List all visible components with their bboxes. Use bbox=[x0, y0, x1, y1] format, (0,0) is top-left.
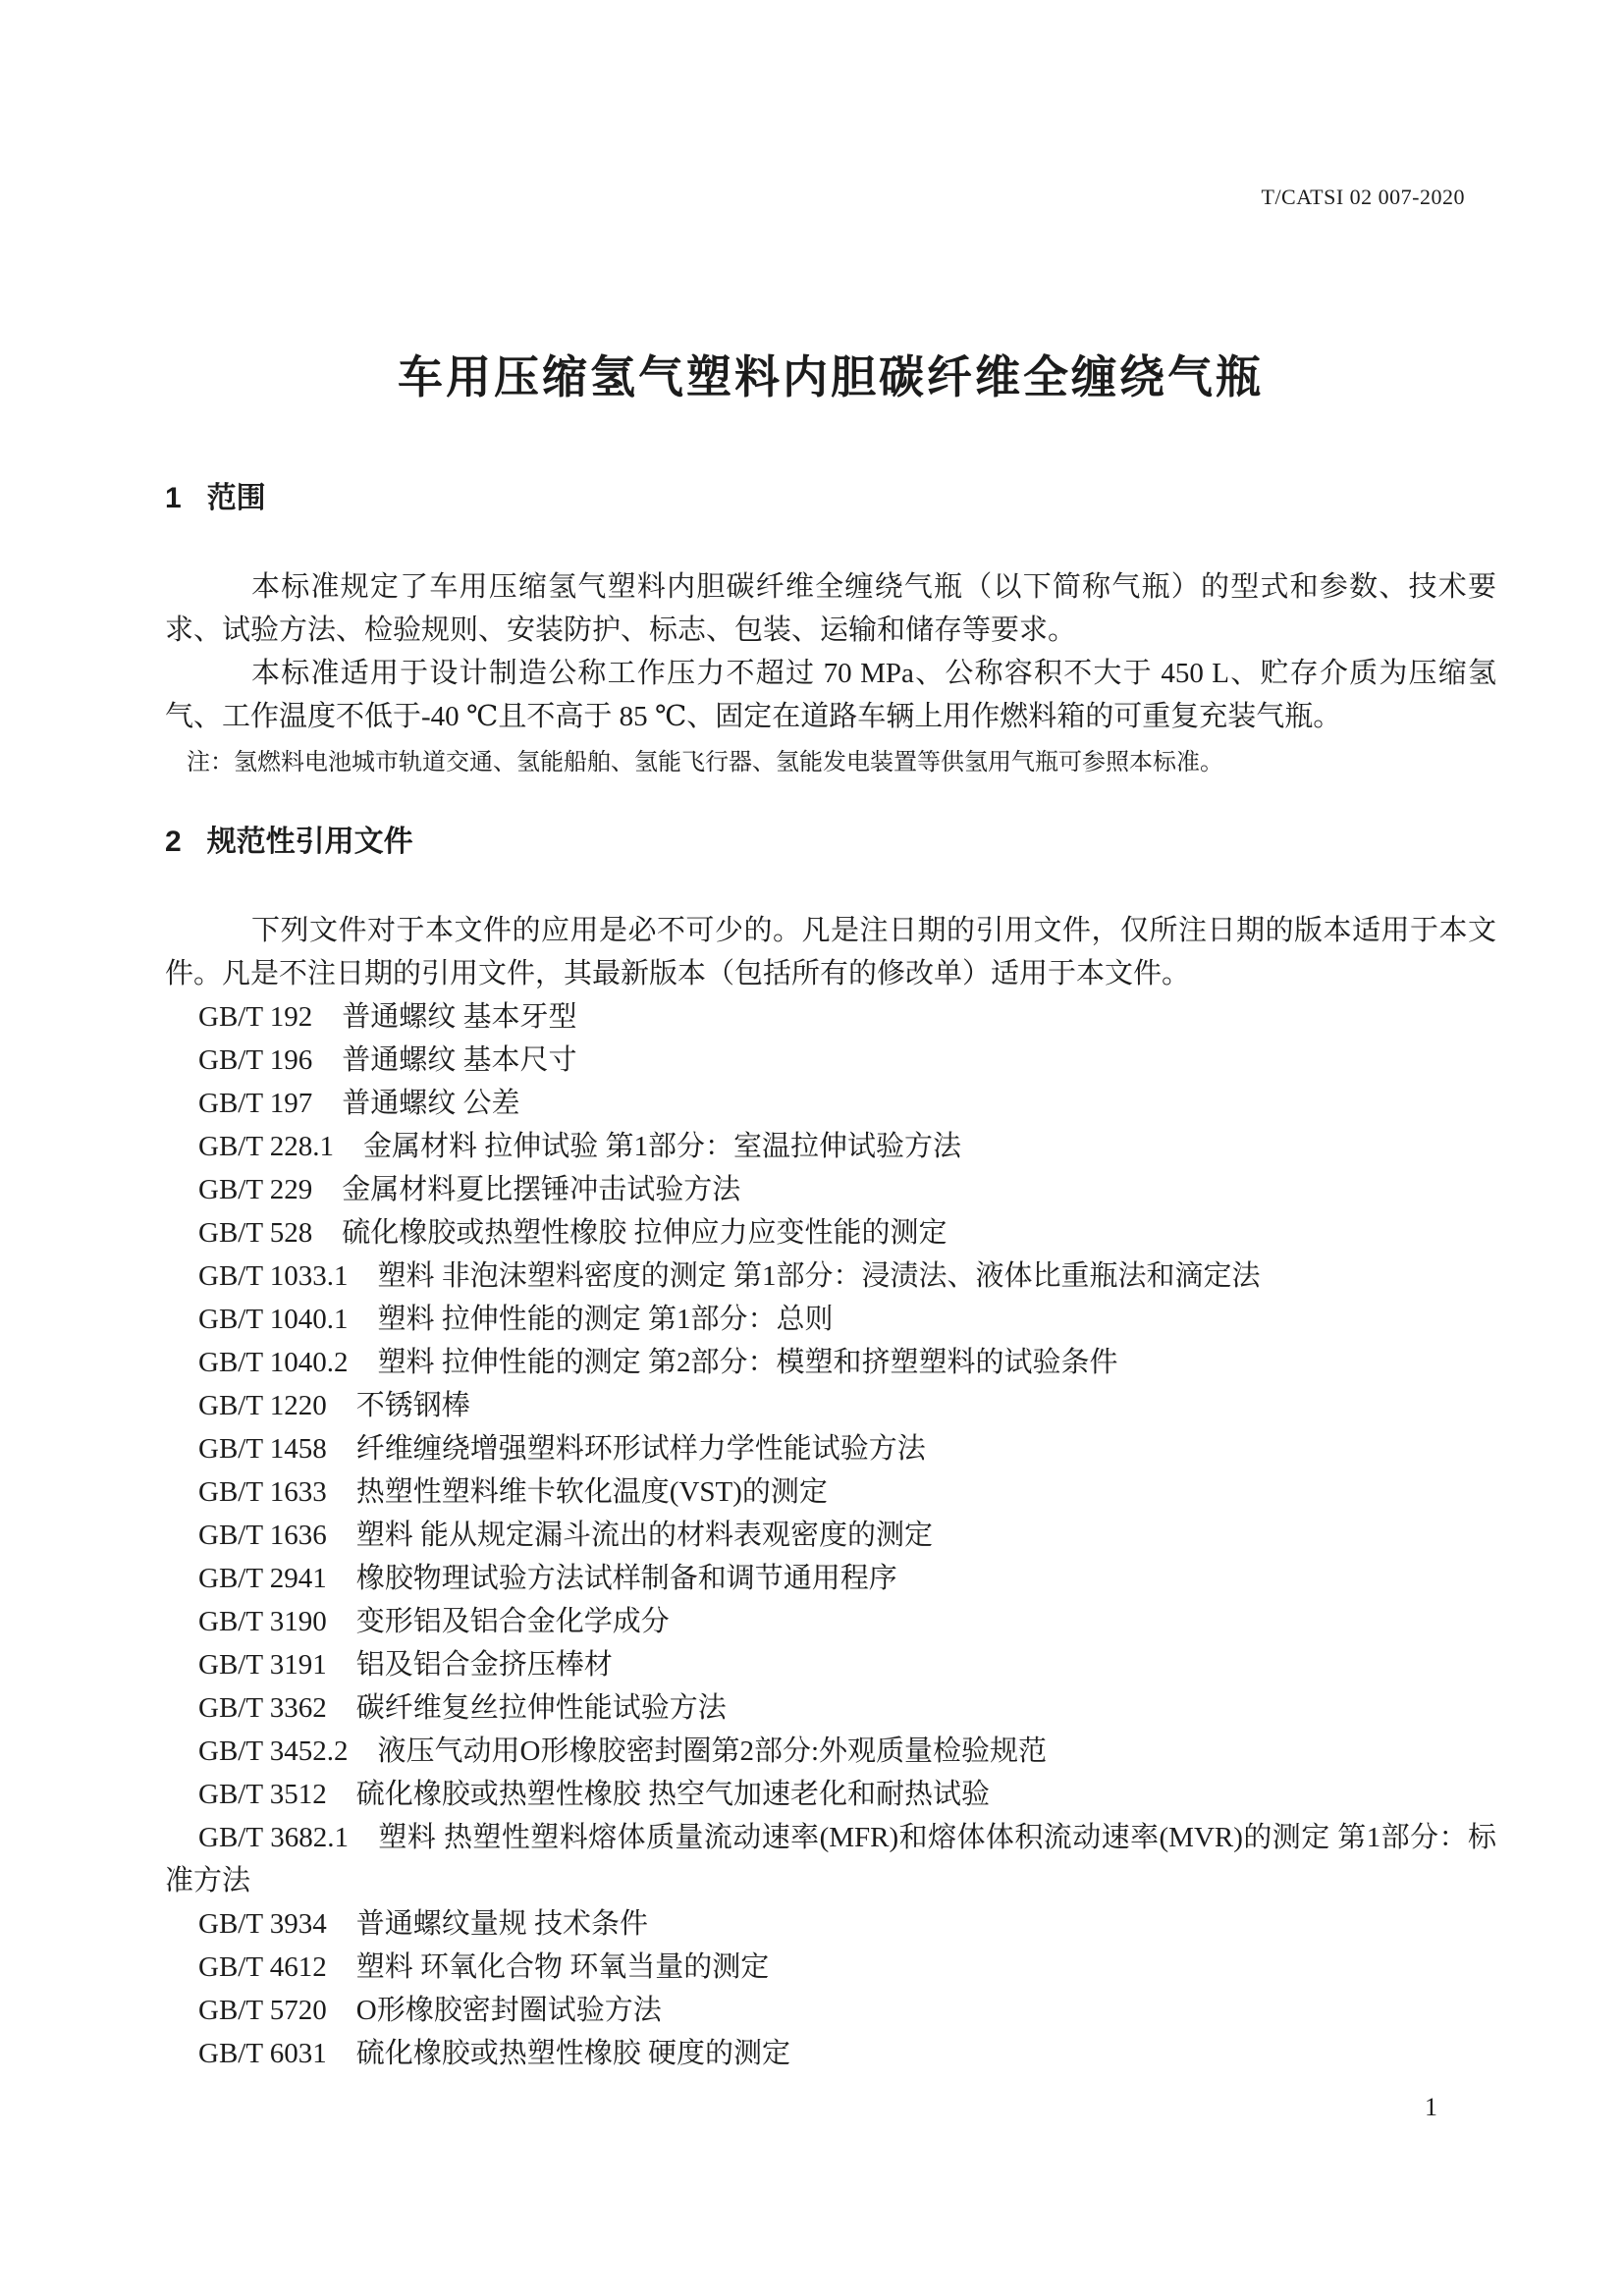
section-scope-title: 范围 bbox=[207, 482, 266, 514]
reference-list-item: GB/T 4612塑料 环氧化合物 环氧当量的测定 bbox=[165, 1946, 1496, 1989]
reference-title: 不锈钢棒 bbox=[356, 1390, 470, 1421]
reference-code: GB/T 4612 bbox=[198, 1951, 327, 1983]
section-references-title: 规范性引用文件 bbox=[207, 826, 413, 858]
reference-code: GB/T 5720 bbox=[198, 1995, 327, 2026]
reference-code: GB/T 6031 bbox=[198, 2038, 327, 2069]
reference-list-item: GB/T 2941橡胶物理试验方法试样制备和调节通用程序 bbox=[165, 1557, 1496, 1600]
reference-list-item: GB/T 1040.2塑料 拉伸性能的测定 第2部分：模塑和挤塑塑料的试验条件 bbox=[165, 1341, 1496, 1384]
reference-code: GB/T 3191 bbox=[198, 1649, 327, 1681]
reference-title: 普通螺纹 基本尺寸 bbox=[342, 1044, 576, 1076]
reference-code: GB/T 196 bbox=[198, 1044, 312, 1076]
reference-code: GB/T 3682.1 bbox=[198, 1822, 349, 1853]
reference-list-item: GB/T 3682.1塑料 热塑性塑料熔体质量流动速率(MFR)和熔体体积流动速… bbox=[165, 1816, 1496, 1902]
reference-title: 变形铝及铝合金化学成分 bbox=[356, 1606, 670, 1637]
reference-code: GB/T 3190 bbox=[198, 1606, 327, 1637]
reference-title: 硫化橡胶或热塑性橡胶 硬度的测定 bbox=[356, 2038, 790, 2069]
section-references-heading: 2规范性引用文件 bbox=[165, 825, 1496, 860]
reference-list-item: GB/T 5720O形橡胶密封圈试验方法 bbox=[165, 1989, 1496, 2032]
scope-paragraph-1: 本标准规定了车用压缩氢气塑料内胆碳纤维全缠绕气瓶（以下简称气瓶）的型式和参数、技… bbox=[165, 565, 1496, 652]
reference-title: 塑料 拉伸性能的测定 第1部分：总则 bbox=[378, 1304, 834, 1335]
reference-title: 塑料 拉伸性能的测定 第2部分：模塑和挤塑塑料的试验条件 bbox=[378, 1347, 1118, 1378]
reference-list-item: GB/T 1636塑料 能从规定漏斗流出的材料表观密度的测定 bbox=[165, 1514, 1496, 1557]
section-references-number: 2 bbox=[165, 825, 182, 860]
reference-title: 普通螺纹 基本牙型 bbox=[342, 1001, 576, 1033]
reference-title: 金属材料夏比摆锤冲击试验方法 bbox=[342, 1174, 740, 1205]
normative-references-list: GB/T 192普通螺纹 基本牙型 GB/T 196普通螺纹 基本尺寸 GB/T… bbox=[165, 995, 1496, 2075]
document-page: T/CATSI 02 007-2020 车用压缩氢气塑料内胆碳纤维全缠绕气瓶 1… bbox=[0, 0, 1624, 2296]
section-scope-heading: 1范围 bbox=[165, 481, 1496, 516]
reference-code: GB/T 1458 bbox=[198, 1433, 327, 1465]
standard-code-header: T/CATSI 02 007-2020 bbox=[165, 183, 1496, 212]
reference-code: GB/T 3452.2 bbox=[198, 1735, 349, 1767]
reference-list-item: GB/T 192普通螺纹 基本牙型 bbox=[165, 995, 1496, 1039]
reference-list-item: GB/T 1040.1塑料 拉伸性能的测定 第1部分：总则 bbox=[165, 1298, 1496, 1341]
reference-title: 塑料 能从规定漏斗流出的材料表观密度的测定 bbox=[356, 1520, 933, 1551]
reference-code: GB/T 192 bbox=[198, 1001, 312, 1033]
reference-code: GB/T 528 bbox=[198, 1217, 312, 1249]
reference-title: 硫化橡胶或热塑性橡胶 拉伸应力应变性能的测定 bbox=[342, 1217, 947, 1249]
reference-code: GB/T 1040.1 bbox=[198, 1304, 349, 1335]
reference-code: GB/T 228.1 bbox=[198, 1131, 334, 1162]
scope-note: 注：氢燃料电池城市轨道交通、氢能船舶、氢能飞行器、氢能发电装置等供氢用气瓶可参照… bbox=[165, 746, 1496, 779]
reference-title: 普通螺纹量规 技术条件 bbox=[356, 1908, 648, 1940]
reference-list-item: GB/T 6031硫化橡胶或热塑性橡胶 硬度的测定 bbox=[165, 2032, 1496, 2075]
reference-code: GB/T 3512 bbox=[198, 1779, 327, 1810]
reference-code: GB/T 1033.1 bbox=[198, 1260, 349, 1292]
reference-title: 液压气动用O形橡胶密封圈第2部分:外观质量检验规范 bbox=[378, 1735, 1048, 1767]
reference-title: 橡胶物理试验方法试样制备和调节通用程序 bbox=[356, 1563, 897, 1594]
reference-title: 铝及铝合金挤压棒材 bbox=[356, 1649, 613, 1681]
reference-list-item: GB/T 1633热塑性塑料维卡软化温度(VST)的测定 bbox=[165, 1470, 1496, 1514]
reference-code: GB/T 2941 bbox=[198, 1563, 327, 1594]
reference-list-item: GB/T 3512硫化橡胶或热塑性橡胶 热空气加速老化和耐热试验 bbox=[165, 1773, 1496, 1816]
page-number: 1 bbox=[165, 2091, 1496, 2124]
reference-title: 金属材料 拉伸试验 第1部分：室温拉伸试验方法 bbox=[363, 1131, 961, 1162]
reference-list-item: GB/T 528硫化橡胶或热塑性橡胶 拉伸应力应变性能的测定 bbox=[165, 1211, 1496, 1255]
section-scope-number: 1 bbox=[165, 481, 182, 516]
document-title: 车用压缩氢气塑料内胆碳纤维全缠绕气瓶 bbox=[165, 349, 1496, 404]
reference-list-item: GB/T 3362碳纤维复丝拉伸性能试验方法 bbox=[165, 1686, 1496, 1730]
reference-list-item: GB/T 3452.2液压气动用O形橡胶密封圈第2部分:外观质量检验规范 bbox=[165, 1730, 1496, 1773]
reference-list-item: GB/T 3934普通螺纹量规 技术条件 bbox=[165, 1902, 1496, 1946]
reference-code: GB/T 197 bbox=[198, 1088, 312, 1119]
reference-code: GB/T 229 bbox=[198, 1174, 312, 1205]
reference-list-item: GB/T 1458纤维缠绕增强塑料环形试样力学性能试验方法 bbox=[165, 1427, 1496, 1470]
references-intro-paragraph: 下列文件对于本文件的应用是必不可少的。凡是注日期的引用文件，仅所注日期的版本适用… bbox=[165, 909, 1496, 995]
reference-title: 碳纤维复丝拉伸性能试验方法 bbox=[356, 1692, 727, 1724]
reference-title: 普通螺纹 公差 bbox=[342, 1088, 519, 1119]
reference-list-item: GB/T 3191铝及铝合金挤压棒材 bbox=[165, 1643, 1496, 1686]
reference-title: 纤维缠绕增强塑料环形试样力学性能试验方法 bbox=[356, 1433, 926, 1465]
reference-list-item: GB/T 197普通螺纹 公差 bbox=[165, 1082, 1496, 1125]
reference-list-item: GB/T 1220不锈钢棒 bbox=[165, 1384, 1496, 1427]
reference-code: GB/T 3934 bbox=[198, 1908, 327, 1940]
reference-code: GB/T 3362 bbox=[198, 1692, 327, 1724]
reference-title: O形橡胶密封圈试验方法 bbox=[356, 1995, 662, 2026]
reference-list-item: GB/T 1033.1塑料 非泡沫塑料密度的测定 第1部分：浸渍法、液体比重瓶法… bbox=[165, 1255, 1496, 1298]
reference-list-item: GB/T 3190变形铝及铝合金化学成分 bbox=[165, 1600, 1496, 1643]
reference-title: 热塑性塑料维卡软化温度(VST)的测定 bbox=[356, 1476, 828, 1508]
reference-code: GB/T 1633 bbox=[198, 1476, 327, 1508]
reference-code: GB/T 1220 bbox=[198, 1390, 327, 1421]
reference-code: GB/T 1636 bbox=[198, 1520, 327, 1551]
reference-title: 硫化橡胶或热塑性橡胶 热空气加速老化和耐热试验 bbox=[356, 1779, 990, 1810]
reference-list-item: GB/T 229金属材料夏比摆锤冲击试验方法 bbox=[165, 1168, 1496, 1211]
reference-list-item: GB/T 228.1金属材料 拉伸试验 第1部分：室温拉伸试验方法 bbox=[165, 1125, 1496, 1168]
reference-title: 塑料 环氧化合物 环氧当量的测定 bbox=[356, 1951, 770, 1983]
scope-paragraph-2: 本标准适用于设计制造公称工作压力不超过 70 MPa、公称容积不大于 450 L… bbox=[165, 652, 1496, 738]
reference-title: 塑料 热塑性塑料熔体质量流动速率(MFR)和熔体体积流动速率(MVR)的测定 第… bbox=[165, 1822, 1496, 1896]
reference-title: 塑料 非泡沫塑料密度的测定 第1部分：浸渍法、液体比重瓶法和滴定法 bbox=[378, 1260, 1261, 1292]
page-content: T/CATSI 02 007-2020 车用压缩氢气塑料内胆碳纤维全缠绕气瓶 1… bbox=[0, 0, 1624, 2124]
reference-list-item: GB/T 196普通螺纹 基本尺寸 bbox=[165, 1039, 1496, 1082]
reference-code: GB/T 1040.2 bbox=[198, 1347, 349, 1378]
